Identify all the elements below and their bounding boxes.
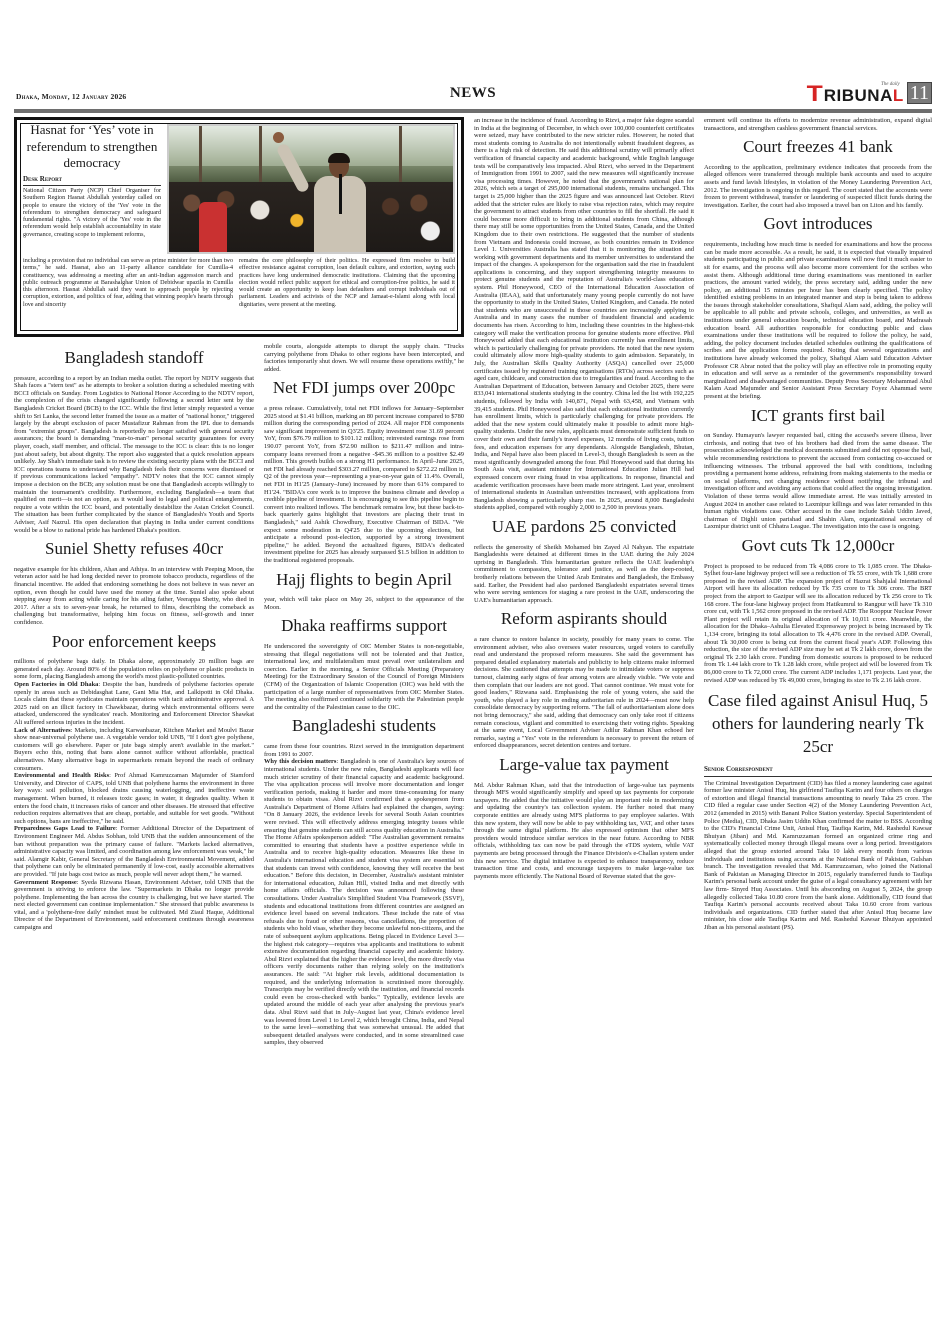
article-body-oic: He underscored the sovereignty of OIC Me…	[264, 643, 464, 711]
headline-govt-cuts: Govt cuts Tk 12,000cr	[704, 537, 932, 556]
article-body-students-1: came from these four countries. Rizvi se…	[264, 743, 464, 758]
article-body-adp: Project is proposed to be reduced from T…	[704, 563, 932, 685]
article-text: : Bangladesh is one of Australia's key s…	[264, 758, 464, 1046]
article-para: Environmental and Health Risks: Prof Ahm…	[14, 772, 254, 825]
article-body-polythene-1: millions of polythene bags daily. In Dha…	[14, 658, 254, 681]
lead-body-2: including a provision that no individual…	[23, 258, 233, 309]
logo-word-last: L	[893, 86, 904, 105]
subhead-preparedness: Preparedness Gaps Lead to Failure	[14, 825, 116, 832]
article-body-shetty: negative example for his children, Ahan …	[14, 566, 254, 627]
article-body-exam-policy: requirements, including how much time is…	[704, 241, 932, 400]
article-para: Why this decision matters: Bangladesh is…	[264, 758, 464, 1047]
article-body-standoff: pressure, according to a report by an In…	[14, 375, 254, 534]
article-para: Preparedness Gaps Lead to Failure: Forme…	[14, 825, 254, 878]
microphone-icon	[339, 174, 342, 214]
headline-large-value-tax: Large-value tax payment	[474, 756, 694, 775]
byline-senior-correspondent: Senior Correspondent	[704, 766, 932, 777]
masthead: Dhaka, Monday, 12 January 2026 NEWS The …	[14, 82, 932, 106]
headline-bangladesh-standoff: Bangladesh standoff	[14, 349, 254, 368]
lead-headline: Hasnat for ‘Yes’ vote in referendum to s…	[23, 122, 161, 172]
subhead-government-response: Government Response	[14, 879, 77, 886]
headline-ict-bail: ICT grants first bail	[704, 407, 932, 426]
article-body-hajj: year, which will take place on May 26, s…	[264, 596, 464, 611]
article-para: Lack of Alternatives: Markets, including…	[14, 727, 254, 773]
article-body-court: According to the application, preliminar…	[704, 164, 932, 210]
headline-bangladeshi-students: Bangladeshi students	[264, 717, 464, 736]
logo-word-main: RIBUNA	[824, 86, 893, 105]
lead-body-1: National Citizen Party (NCP) Chief Organ…	[23, 188, 161, 239]
headline-poor-enforcement: Poor enforcement keeps	[14, 633, 254, 652]
lead-story-box: Hasnat for ‘Yes’ vote in referendum to s…	[14, 117, 464, 337]
article-body-uae: reflects the generosity of Sheikh Mohame…	[474, 544, 694, 605]
logo-tagline: The daily	[881, 82, 900, 87]
article-body-ict: on Sunday. Humayun's lawyer requested ba…	[704, 432, 932, 531]
article-text: : Former Additional Director of the Depa…	[14, 825, 254, 878]
lead-body-3: remains the core philosophy of their pol…	[239, 258, 455, 309]
article-body-tax: Md. Abdur Rahman Khan, said that the int…	[474, 782, 694, 881]
headline-hajj-flights: Hajj flights to begin April	[264, 571, 464, 590]
headline-court-freezes: Court freezes 41 bank	[704, 138, 932, 157]
article-text: : Markets, including Karwanbazar, Kitche…	[14, 727, 254, 772]
subhead-lack-alternatives: Lack of Alternatives	[14, 727, 71, 734]
lead-photo	[167, 124, 455, 254]
speaker-fist	[273, 132, 284, 143]
headline-dhaka-reaffirms: Dhaka reaffirms support	[264, 617, 464, 636]
column-1: Bangladesh standoff pressure, according …	[14, 343, 254, 932]
headline-uae-pardons: UAE pardons 25 convicted	[474, 518, 694, 537]
article-text: : Syeda Rizwana Hasan, Environment Advis…	[14, 879, 254, 932]
headline-govt-introduces: Govt introduces	[704, 215, 932, 234]
newspaper-page: Dhaka, Monday, 12 January 2026 NEWS The …	[14, 82, 932, 117]
headline-anisul-case: Case filed against Anisul Huq, 5 others …	[704, 690, 932, 759]
photo-red-shirt	[199, 202, 227, 252]
article-body-reform: a rare chance to restore balance in soci…	[474, 636, 694, 750]
page-number: 11	[907, 82, 932, 104]
article-body-fdi: a press release. Cumulatively, total net…	[264, 405, 464, 564]
article-body-anisul: The Criminal Investigation Department (C…	[704, 780, 932, 932]
subhead-health-risks: Environmental and Health Risks	[14, 772, 109, 779]
section-title: NEWS	[14, 85, 932, 102]
lead-byline: Desk Report	[23, 175, 161, 186]
subhead-open-factories: Open Factories in Old Dhaka	[14, 681, 98, 688]
headline-net-fdi: Net FDI jumps over 200pc	[264, 379, 464, 398]
headline-reform-aspirants: Reform aspirants should	[474, 610, 694, 629]
logo-word: RIBUNAL	[824, 87, 904, 104]
speaker-hair	[328, 153, 350, 163]
article-body-students-cont: an increase in the incidence of fraud. A…	[474, 117, 694, 512]
article-para: Government Response: Syeda Rizwana Hasan…	[14, 879, 254, 932]
article-text: : Despite the ban, hundreds of polythene…	[14, 681, 254, 726]
column-3: an increase in the incidence of fraud. A…	[474, 117, 694, 880]
column-4: ernment will continue its efforts to mod…	[704, 117, 932, 931]
article-text: : Prof Ahmad Kamruzzaman Majumder of Sta…	[14, 772, 254, 825]
headline-suniel-shetty: Suniel Shetty refuses 40cr	[14, 540, 254, 559]
column-2: mobile courts, alongside attempts to dis…	[264, 343, 464, 1047]
tribunal-logo: The daily T RIBUNAL 11	[808, 82, 932, 104]
subhead-why-matters: Why this decision matters	[264, 758, 336, 765]
logo-wordmark: The daily T RIBUNAL	[808, 84, 903, 104]
masthead-rule	[14, 109, 932, 113]
logo-letter-t: T	[807, 84, 823, 104]
photo-speaker	[309, 154, 369, 254]
article-body-polythene-cont: mobile courts, alongside attempts to dis…	[264, 343, 464, 373]
article-para: Open Factories in Old Dhaka: Despite the…	[14, 681, 254, 727]
article-body-tax-cont: ernment will continue its efforts to mod…	[704, 117, 932, 132]
